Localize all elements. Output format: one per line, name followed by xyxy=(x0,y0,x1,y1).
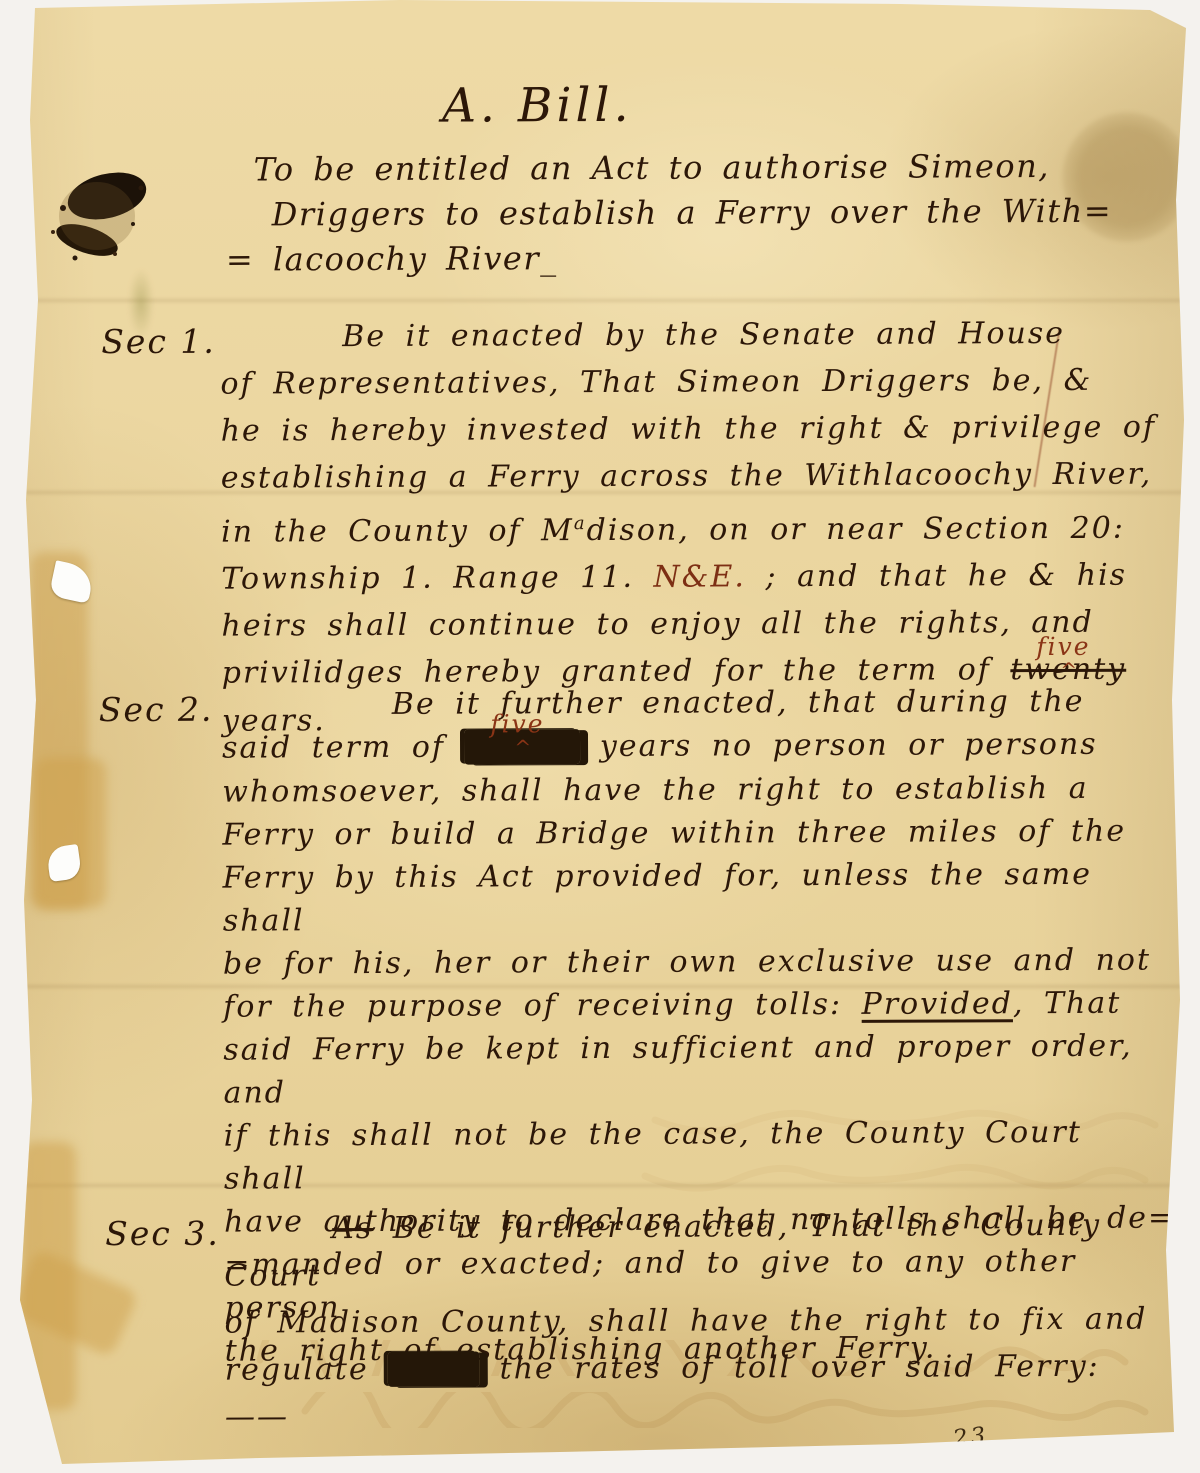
text-line: said Ferry be kept in sufficient and pro… xyxy=(223,1024,1175,1114)
text-line: regulate & fix the rates of toll over sa… xyxy=(225,1342,1177,1440)
text-line: whomsoever, shall have the right to esta… xyxy=(222,766,1174,813)
text-line: establishing a Ferry across the Withlaco… xyxy=(221,450,1173,501)
section-1-label: Sec 1. xyxy=(101,322,216,361)
text-line: Be it enacted by the Senate and House xyxy=(220,309,1172,360)
text-line: of Representatives, That Simeon Driggers… xyxy=(220,356,1172,407)
text-line: As Be it further enacted, That the Count… xyxy=(224,1201,1176,1299)
text-line: for the purpose of receiving tolls: Prov… xyxy=(223,981,1175,1028)
section-1: Sec 1. Be it enacted by the Senate and H… xyxy=(0,0,1197,3)
section-3-body: As Be it further enacted, That the Count… xyxy=(224,1201,1177,1440)
section-3-label: Sec 3. xyxy=(105,1214,220,1253)
text-line: he is hereby invested with the right & p… xyxy=(221,403,1173,454)
text-line: Township 1. Range 11. N&E. ; and that he… xyxy=(221,551,1173,602)
blotted-word: & fix xyxy=(388,1352,480,1387)
superscript-letter: a xyxy=(574,513,587,534)
text-line: heirs shall continue to enjoy all the ri… xyxy=(221,598,1173,649)
text-line: of Madison County, shall have the right … xyxy=(224,1295,1176,1346)
text-line: Be it further enacted, that during the xyxy=(222,679,1174,726)
section-2: Sec 2. Be it further enacted, that durin… xyxy=(0,0,1197,3)
text-line: Ferry or build a Bridge within three mil… xyxy=(222,809,1174,856)
page-number: 23 xyxy=(952,1423,990,1453)
text-line: if this shall not be the case, the Count… xyxy=(224,1110,1176,1200)
underlined-word: Provided xyxy=(862,986,1013,1022)
text-line: To be entitled an Act to authorise Simeo… xyxy=(253,144,1112,193)
text-line: Ferry by this Act provided for, unless t… xyxy=(223,852,1175,942)
text-line: be for his, her or their own exclusive u… xyxy=(223,938,1175,985)
section-3: Sec 3. As Be it further enacted, That th… xyxy=(0,0,1197,3)
text-line: said term of fivetwenty years no person … xyxy=(222,722,1174,770)
document-title: A. Bill. xyxy=(0,76,1077,136)
struck-word: As xyxy=(332,1211,373,1246)
text-line: Driggers to establish a Ferry over the W… xyxy=(272,189,1113,238)
document-subtitle: To be entitled an Act to authorise Simeo… xyxy=(225,144,1112,283)
text-line: = lacoochy River_ xyxy=(226,234,1113,283)
section-2-label: Sec 2. xyxy=(99,690,214,729)
text-line: in the County of Madison, on or near Sec… xyxy=(221,497,1173,555)
handwritten-text-layer: A. Bill. To be entitled an Act to author… xyxy=(0,0,1200,1473)
red-ink-word: N&E. xyxy=(653,559,746,594)
scan-background: A. Bill. To be entitled an Act to author… xyxy=(0,0,1200,1473)
document-paper: A. Bill. To be entitled an Act to author… xyxy=(0,0,1200,1473)
